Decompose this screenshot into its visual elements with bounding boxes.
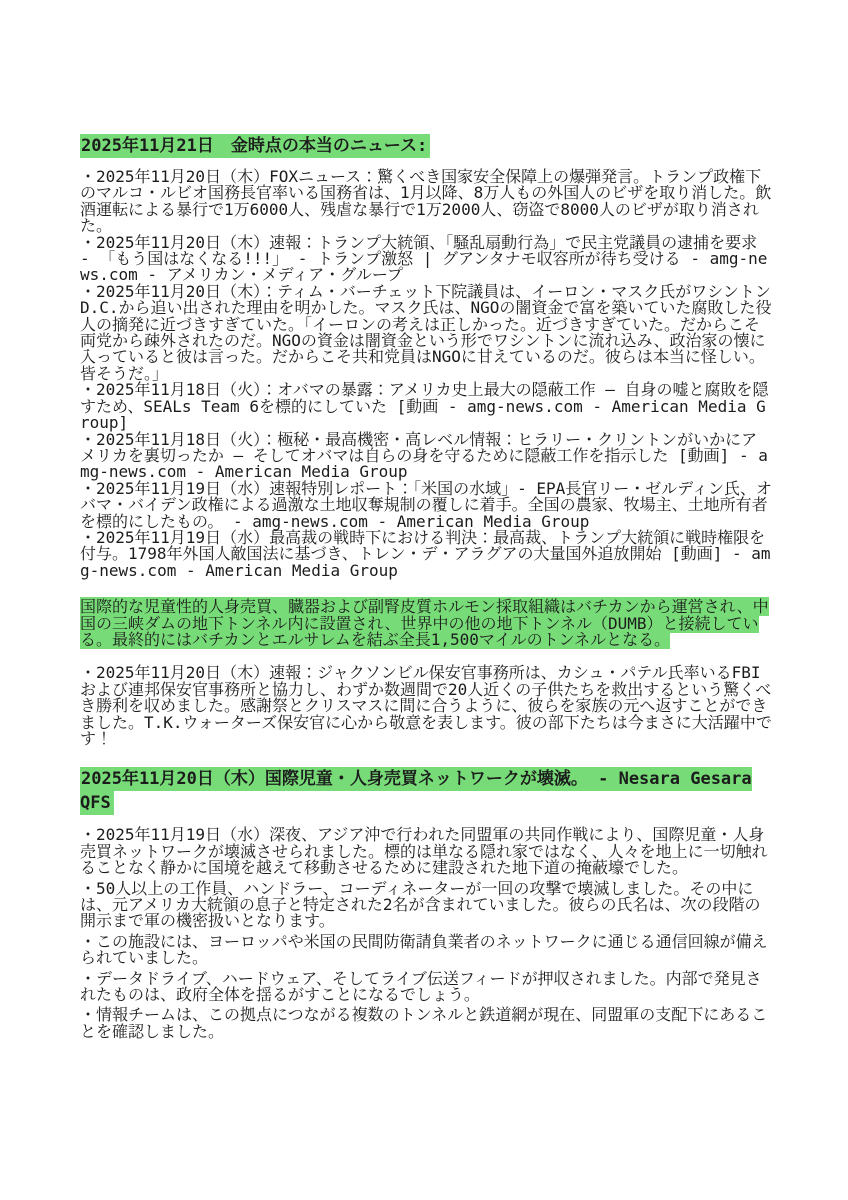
network-item-data-drives: ・データドライブ、ハードウェア、そしてライブ伝送フィードが押収されました。内部で… — [80, 971, 772, 1004]
network-item-operation: ・2025年11月19日（水）深夜、アジア沖で行われた同盟軍の共同作戦により、国… — [80, 827, 772, 876]
date-heading-highlight: 2025年11月21日 金時点の本当のニュース: — [80, 134, 430, 158]
news-item-burchett-musk: ・2025年11月20日（木）：ティム・バーチェット下院議員は、イーロン・マスク… — [80, 284, 772, 382]
news-item-clinton-intel: ・2025年11月18日（火）：極秘・最高機密・高レベル情報：ヒラリー・クリント… — [80, 432, 772, 481]
news-item-epa-waters: ・2025年11月19日（水）速報特別レポート：「米国の水域」- EPA長官リー… — [80, 481, 772, 530]
news-item-trump-arrests: ・2025年11月20日（木）速報：トランプ大統領、「騒乱扇動行為」で民主党議員… — [80, 235, 772, 284]
network-heading: 2025年11月20日（木）国際児童・人身売買ネットワークが壊滅。 - Nesa… — [80, 767, 772, 815]
news-item-obama-coverup: ・2025年11月18日（火）：オバマの暴露：アメリカ史上最大の隠蔽工作 — 自… — [80, 382, 772, 431]
date-heading: 2025年11月21日 金時点の本当のニュース: — [80, 134, 772, 158]
network-item-tunnels: ・情報チームは、この拠点につながる複数のトンネルと鉄道網が現在、同盟軍の支配下に… — [80, 1007, 772, 1040]
news-item-supreme-court: ・2025年11月19日（水）最高裁の戦時下における判決：最高裁、トランプ大統領… — [80, 530, 772, 579]
highlighted-claim-block: 国際的な児童性的人身売買、臓器および副腎皮質ホルモン採取組織はバチカンから運営さ… — [80, 599, 772, 648]
news-item-fox-visas: ・2025年11月20日（木）FOXニュース：驚くべき国家安全保障上の爆弾発言。… — [80, 169, 772, 235]
news-item-jacksonville-rescue: ・2025年11月20日（木）速報：ジャクソンビル保安官事務所は、カシュ・パテル… — [80, 665, 772, 747]
network-item-operatives: ・50人以上の工作員、ハンドラー、コーディネーターが一回の攻撃で壊滅しました。そ… — [80, 881, 772, 930]
document-page: 2025年11月21日 金時点の本当のニュース: ・2025年11月20日（木）… — [0, 0, 848, 1200]
highlighted-claim-text: 国際的な児童性的人身売買、臓器および副腎皮質ホルモン採取組織はバチカンから運営さ… — [80, 597, 769, 649]
network-heading-highlight: 2025年11月20日（木）国際児童・人身売買ネットワークが壊滅。 - Nesa… — [80, 767, 752, 815]
network-item-facility-lines: ・この施設には、ヨーロッパや米国の民間防衛請負業者のネットワークに通じる通信回線… — [80, 934, 772, 967]
